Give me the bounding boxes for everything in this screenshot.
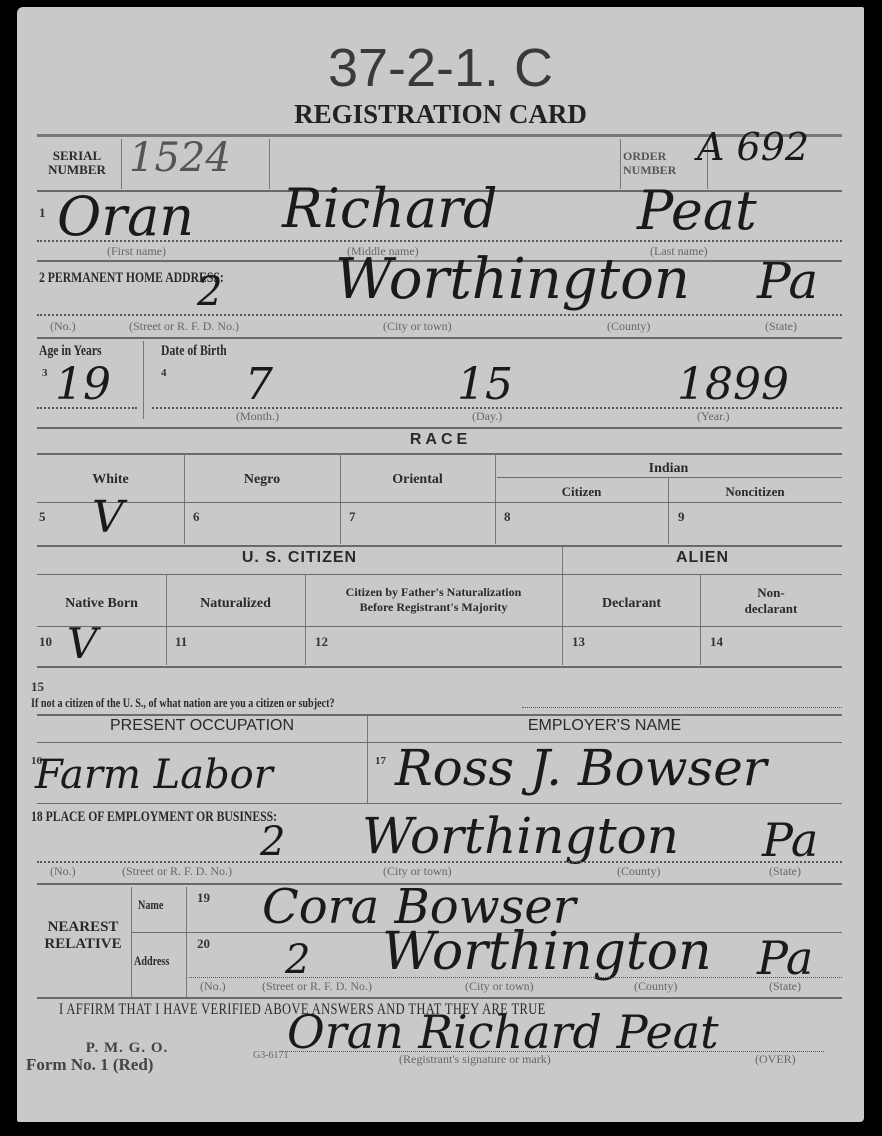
divider (37, 427, 842, 429)
alien-title: ALIEN (563, 549, 842, 567)
caption: (Day.) (472, 409, 502, 424)
divider (37, 240, 842, 242)
last-name-value: Peat (637, 179, 757, 242)
divider (37, 337, 842, 339)
nation-question: If not a citizen of the U. S., of what n… (31, 695, 335, 711)
occupation-value: Farm Labor (35, 752, 273, 798)
field-number: 3 (42, 367, 48, 379)
divider (184, 454, 185, 544)
caption: (County) (607, 319, 650, 334)
race-white-label: White (37, 472, 184, 488)
home-address-city: Worthington (335, 247, 690, 312)
race-indian-noncitizen-label: Noncitizen (668, 484, 842, 500)
divider (37, 545, 842, 547)
birth-year-value: 1899 (677, 359, 789, 410)
signature-line (279, 1051, 824, 1052)
employer-label: EMPLOYER'S NAME (367, 717, 842, 735)
occupation-label: PRESENT OCCUPATION (37, 717, 367, 735)
divider (132, 932, 187, 933)
us-citizen-title: U. S. CITIZEN (37, 549, 562, 567)
caption: (City or town) (465, 979, 534, 994)
relative-address-label: Address (134, 953, 169, 969)
race-title: RACE (17, 431, 864, 449)
order-number-value: A 692 (697, 125, 809, 169)
field-number: 17 (375, 755, 386, 767)
field-number: 12 (315, 634, 328, 650)
first-name-value: Oran (57, 185, 194, 248)
divider (37, 714, 842, 716)
field-number: 20 (197, 936, 210, 952)
field-number: 5 (39, 509, 46, 525)
divider (269, 139, 270, 189)
divider (121, 139, 122, 189)
caption: (No.) (50, 864, 76, 879)
divider (340, 454, 341, 544)
native-born-label: Native Born (37, 596, 166, 612)
caption: (No.) (50, 319, 76, 334)
caption: (State) (769, 979, 801, 994)
race-white-checkmark: V (92, 492, 124, 543)
birth-month-value: 7 (245, 359, 273, 410)
field-number: 6 (193, 509, 200, 525)
race-negro-label: Negro (184, 472, 340, 488)
divider (131, 887, 132, 997)
employer-value: Ross J. Bowser (395, 739, 767, 797)
middle-name-value: Richard (282, 177, 498, 240)
caption: (City or town) (383, 864, 452, 879)
field-number: 7 (349, 509, 356, 525)
caption: (City or town) (383, 319, 452, 334)
field-number: 14 (710, 634, 723, 650)
field-number: 1 (39, 205, 46, 221)
field-number: 11 (175, 634, 187, 650)
native-born-checkmark: V (67, 619, 97, 668)
employment-place-city: Worthington (362, 807, 679, 865)
divider (620, 139, 621, 189)
race-oriental-label: Oriental (340, 472, 495, 488)
caption: (County) (617, 864, 660, 879)
field-number: 9 (678, 509, 685, 525)
caption: (Month.) (236, 409, 279, 424)
field-number: 19 (197, 890, 210, 906)
field-number: 15 (31, 679, 44, 695)
nondeclarant-label: Non-declarant (700, 585, 842, 617)
caption: (Street or R. F. D. No.) (129, 319, 239, 334)
age-label: Age in Years (39, 343, 102, 360)
employment-place-label: 18 PLACE OF EMPLOYMENT OR BUSINESS: (31, 809, 277, 826)
caption: (State) (769, 864, 801, 879)
divider (37, 407, 137, 409)
naturalized-label: Naturalized (166, 596, 305, 612)
field-number: 8 (504, 509, 511, 525)
declarant-label: Declarant (563, 596, 700, 612)
divider (37, 626, 842, 627)
race-indian-citizen-label: Citizen (495, 484, 668, 500)
caption: (Year.) (697, 409, 729, 424)
dob-label: Date of Birth (161, 343, 227, 360)
caption: (County) (634, 979, 677, 994)
divider (37, 666, 842, 668)
form-number-label: Form No. 1 (Red) (26, 1055, 153, 1075)
birth-day-value: 15 (457, 359, 513, 410)
employment-place-number: 2 (260, 819, 285, 865)
father-naturalization-label: Citizen by Father's NaturalizationBefore… (305, 585, 562, 615)
caption: (First name) (107, 244, 166, 259)
field-number: 4 (161, 367, 167, 379)
divider (37, 803, 842, 804)
caption: (Street or R. F. D. No.) (262, 979, 372, 994)
employment-place-state: Pa (762, 813, 818, 867)
age-value: 19 (55, 359, 111, 410)
nearest-relative-label: NEARESTRELATIVE (29, 919, 137, 953)
over-label: (OVER) (755, 1052, 796, 1067)
field-number: 13 (572, 634, 585, 650)
divider (37, 502, 842, 503)
caption: (Registrant's signature or mark) (399, 1052, 551, 1067)
relative-name-label: Name (138, 897, 163, 913)
order-label: ORDERNUMBER (623, 149, 676, 177)
divider (497, 477, 842, 478)
caption: (Street or R. F. D. No.) (122, 864, 232, 879)
divider (37, 861, 842, 863)
divider (166, 575, 167, 665)
divider (37, 453, 842, 455)
indian-label: Indian (495, 461, 842, 477)
serial-number-value: 1524 (129, 135, 231, 181)
divider (522, 707, 842, 708)
serial-label: SERIALNUMBER (41, 149, 113, 177)
home-address-state: Pa (757, 252, 818, 310)
divider (37, 574, 842, 575)
caption: (State) (765, 319, 797, 334)
relative-address-city: Worthington (382, 922, 712, 982)
divider (37, 314, 842, 316)
caption: (No.) (200, 979, 226, 994)
divider (37, 997, 842, 999)
divider (186, 887, 187, 997)
file-code: 37-2-1. C (17, 37, 864, 99)
registration-card: 37-2-1. C REGISTRATION CARD SERIALNUMBER… (17, 7, 864, 1122)
print-code: G3-6171 (253, 1050, 289, 1061)
divider (189, 977, 842, 978)
home-address-number: 2 (197, 269, 222, 315)
divider (143, 341, 144, 419)
field-number: 10 (39, 634, 52, 650)
